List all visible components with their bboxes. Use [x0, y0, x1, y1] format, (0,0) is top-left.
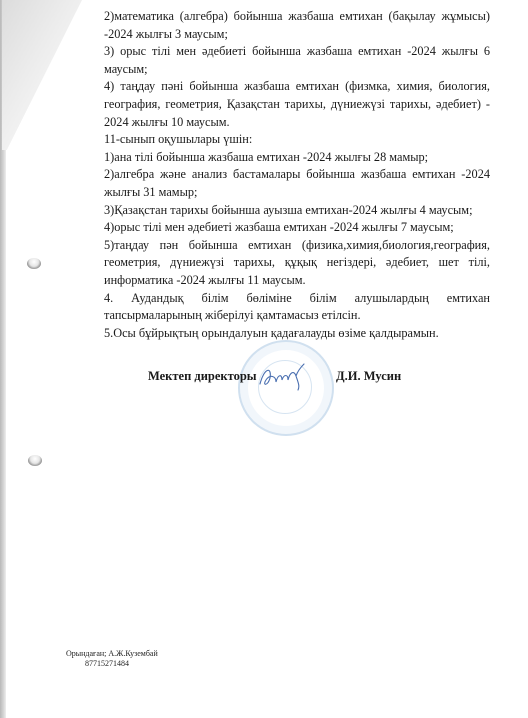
paragraph: 3)Қазақстан тарихы бойынша ауызша емтиха…: [104, 202, 490, 220]
punch-hole: [27, 258, 41, 269]
handwritten-signature: [254, 360, 314, 394]
paragraph: 4. Аудандық білім бөліміне білім алушыла…: [104, 290, 490, 325]
paragraph: 5.Осы бұйрықтың орындалуын қадағалауды ө…: [104, 325, 490, 343]
paragraph: 3) орыс тілі мен әдебиеті бойынша жазбаш…: [104, 43, 490, 78]
paragraph: 2)алгебра және анализ бастамалары бойынш…: [104, 166, 490, 201]
page-fold-shadow: [2, 0, 82, 150]
punch-hole: [28, 455, 42, 466]
paragraph: 4)орыс тілі мен әдебиеті жазбаша емтихан…: [104, 219, 490, 237]
executor-name: Орындаған; А.Ж.Кузембай: [66, 649, 158, 659]
paragraph: 5)таңдау пән бойынша емтихан (физика,хим…: [104, 237, 490, 290]
signatory-name: Д.И. Мусин: [336, 369, 401, 384]
executor-phone: 87715271484: [66, 659, 158, 669]
paragraph: 1)ана тілі бойынша жазбаша емтихан -2024…: [104, 149, 490, 167]
paragraph: 2)математика (алгебра) бойынша жазбаша е…: [104, 8, 490, 43]
signatory-title: Мектеп директоры: [148, 369, 257, 384]
document-body: 2)математика (алгебра) бойынша жазбаша е…: [104, 8, 490, 342]
paragraph: 4) таңдау пәні бойынша жазбаша емтихан (…: [104, 78, 490, 131]
section-heading: 11-сынып оқушылары үшін:: [104, 131, 490, 149]
executor-footer: Орындаған; А.Ж.Кузембай 87715271484: [66, 649, 158, 669]
